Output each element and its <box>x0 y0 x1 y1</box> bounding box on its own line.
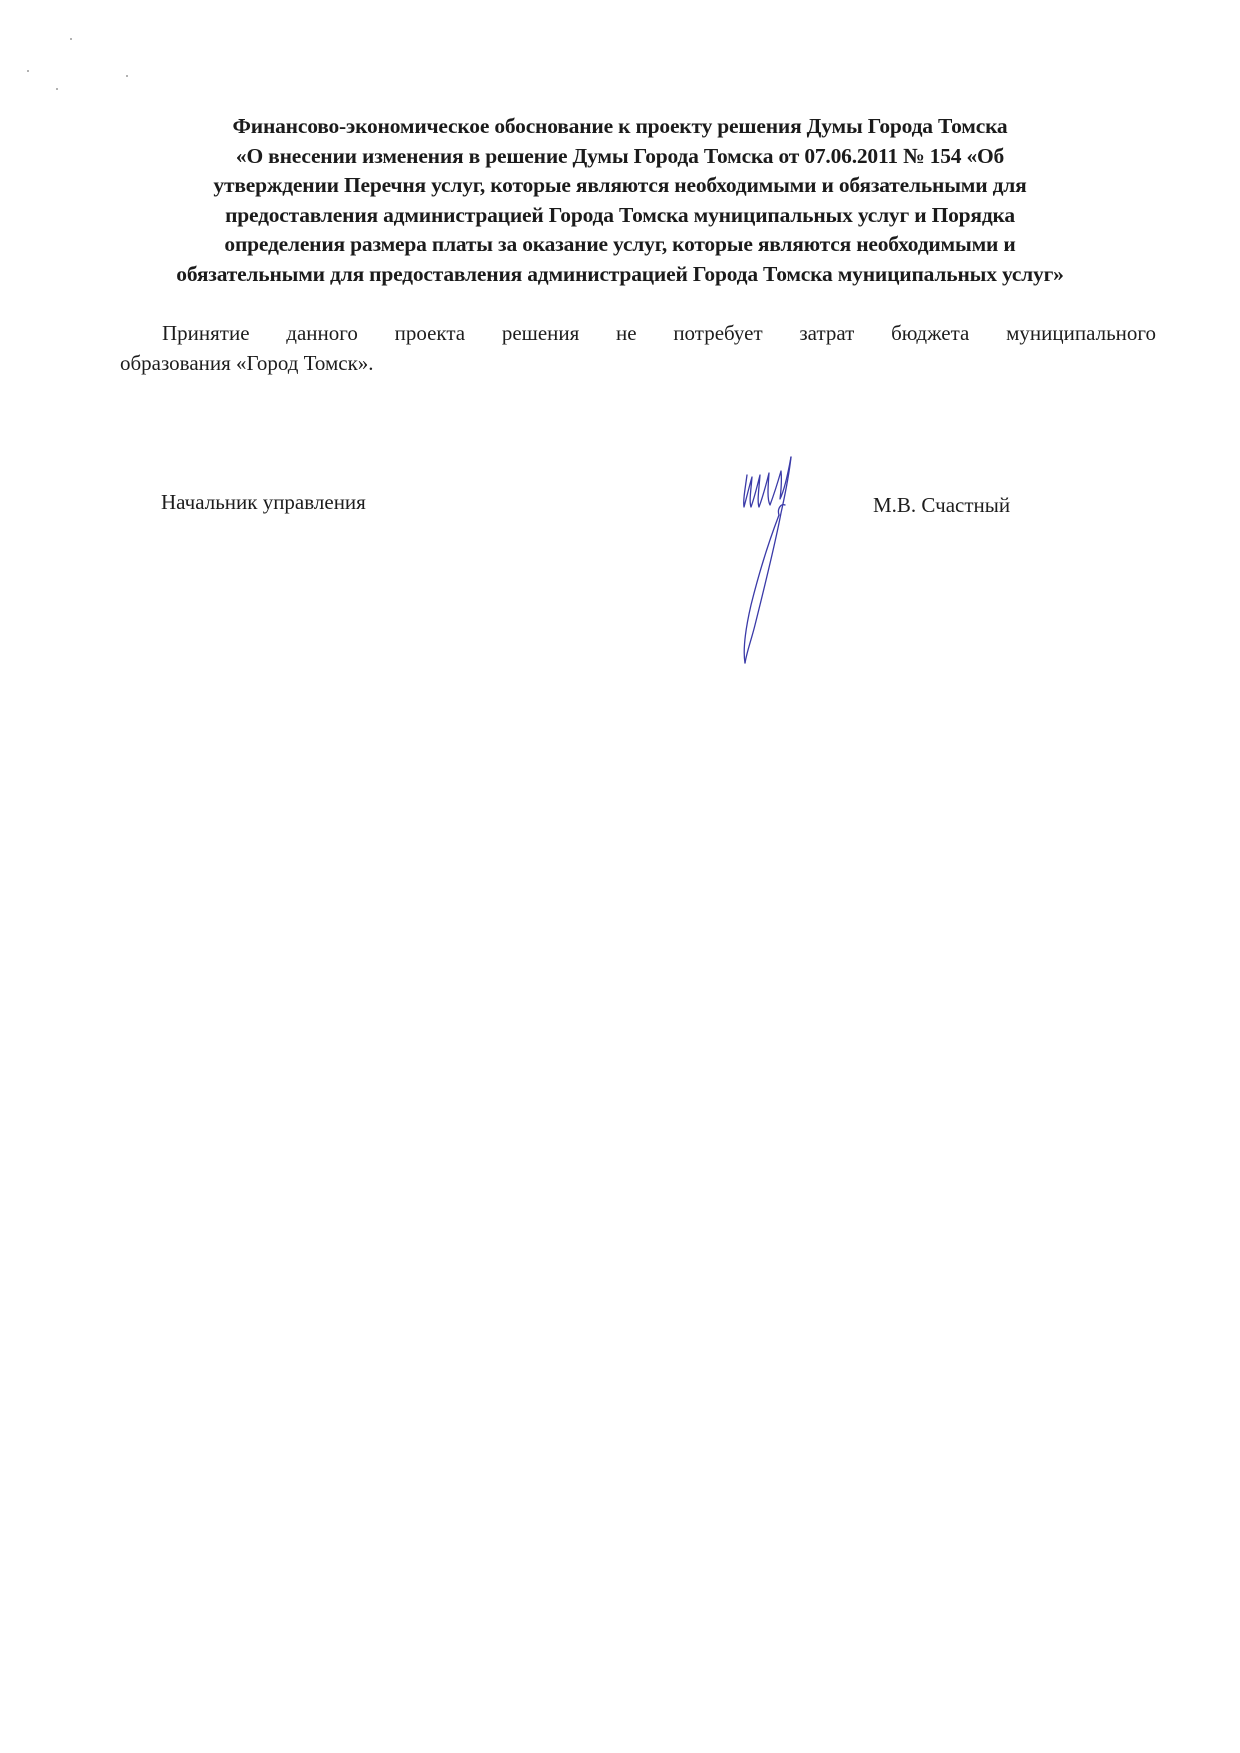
title-line: «О внесении изменения в решение Думы Гор… <box>92 142 1148 172</box>
body-word: Принятие <box>162 318 250 348</box>
scan-speck <box>126 75 128 77</box>
body-paragraph: Принятие данного проекта решения не потр… <box>120 318 1156 378</box>
body-word: муниципального <box>1006 318 1156 348</box>
scan-speck <box>56 88 58 90</box>
scan-speck <box>70 38 72 40</box>
body-word: решения <box>502 318 579 348</box>
body-word: бюджета <box>891 318 969 348</box>
document-page: Финансово-экономическое обоснование к пр… <box>0 0 1240 1753</box>
body-word: затрат <box>799 318 854 348</box>
body-word: не <box>616 318 637 348</box>
document-title: Финансово-экономическое обоснование к пр… <box>92 112 1148 290</box>
signatory-name: М.В. Счастный <box>873 493 1010 518</box>
body-line: образования «Город Томск». <box>120 348 1156 378</box>
body-word: данного <box>286 318 358 348</box>
title-line: утверждении Перечня услуг, которые являю… <box>92 171 1148 201</box>
title-line: Финансово-экономическое обоснование к пр… <box>92 112 1148 142</box>
title-line: обязательными для предоставления админис… <box>92 260 1148 290</box>
body-word: потребует <box>673 318 762 348</box>
signatory-role: Начальник управления <box>161 490 366 515</box>
title-line: предоставления администрацией Города Том… <box>92 201 1148 231</box>
title-line: определения размера платы за оказание ус… <box>92 230 1148 260</box>
handwritten-signature-icon <box>735 455 855 670</box>
body-line: Принятие данного проекта решения не потр… <box>120 318 1156 348</box>
body-word: проекта <box>395 318 466 348</box>
scan-speck <box>27 70 29 72</box>
